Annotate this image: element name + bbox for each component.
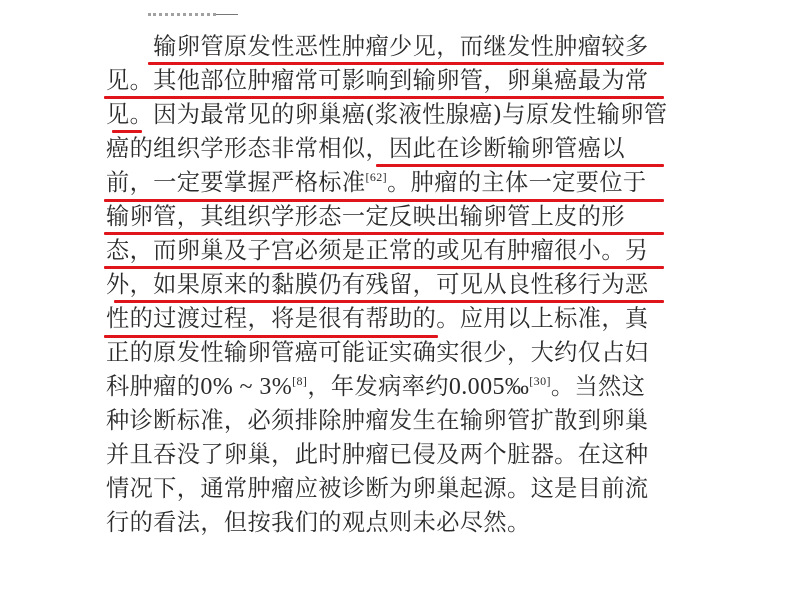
line-text: 态，而卵巢及子宫必须是正常的或见有肿瘤很小。另	[106, 237, 649, 264]
text-line-13: 并且吞没了卵巢，此时肿瘤已侵及两个脏器。在这种	[106, 438, 666, 472]
line-text-mid: ，年发病率约	[307, 373, 449, 400]
text-line-5: 前，一定要掌握严格标准[62]。肿瘤的主体一定要位于	[106, 166, 666, 200]
line-text: 前，一定要掌握严格标准[62]。肿瘤的主体一定要位于	[106, 169, 647, 196]
line-text: 科肿瘤的0% ~ 3%[8]，年发病率约0.005‰[30]。当然这	[106, 373, 645, 400]
red-underline	[148, 62, 664, 65]
line-text: 癌的组织学形态非常相似，因此在诊断输卵管癌以	[106, 135, 625, 162]
citation: [30]	[529, 374, 551, 388]
red-underline	[104, 96, 664, 99]
red-underline	[104, 335, 438, 338]
red-underline	[104, 232, 664, 235]
text-line-9: 性的过渡过程，将是很有帮助的。应用以上标准，真	[106, 302, 666, 336]
text-line-11: 科肿瘤的0% ~ 3%[8]，年发病率约0.005‰[30]。当然这	[106, 370, 666, 404]
red-underline	[104, 266, 664, 269]
line-text-post: 。当然这	[551, 373, 645, 400]
line-text: 并且吞没了卵巢，此时肿瘤已侵及两个脏器。在这种	[106, 441, 649, 468]
document-page: 输卵管原发性恶性肿瘤少见，而继发性肿瘤较多 见。其他部位肿瘤常可影响到输卵管，卵…	[106, 30, 666, 540]
text-line-1: 输卵管原发性恶性肿瘤少见，而继发性肿瘤较多	[106, 30, 666, 64]
red-underline	[112, 130, 142, 133]
text-line-2: 见。其他部位肿瘤常可影响到输卵管，卵巢癌最为常	[106, 64, 666, 98]
line-text: 性的过渡过程，将是很有帮助的。应用以上标准，真	[106, 305, 649, 332]
text-line-6: 输卵管，其组织学形态一定反映出输卵管上皮的形	[106, 200, 666, 234]
line-text: 见。因为最常见的卵巢癌(浆液性腺癌)与原发性输卵管	[106, 101, 667, 128]
text-line-8: 外，如果原来的黏膜仍有残留，可见从良性移行为恶	[106, 268, 666, 302]
text-line-7: 态，而卵巢及子宫必须是正常的或见有肿瘤很小。另	[106, 234, 666, 268]
red-underline	[114, 300, 664, 303]
header-fragment	[148, 13, 234, 17]
line-text-post: 。肿瘤的主体一定要位于	[387, 169, 646, 196]
red-underline	[104, 199, 664, 202]
text-line-10: 正的原发性输卵管癌可能证实确实很少，大约仅占妇	[106, 336, 666, 370]
text-line-15: 行的看法，但按我们的观点则未必尽然。	[106, 506, 666, 540]
red-underline	[376, 164, 664, 167]
header-dash	[216, 14, 238, 15]
text-line-3: 见。因为最常见的卵巢癌(浆液性腺癌)与原发性输卵管	[106, 98, 666, 132]
line-text: 输卵管，其组织学形态一定反映出输卵管上皮的形	[106, 203, 625, 230]
line-text: 外，如果原来的黏膜仍有残留，可见从良性移行为恶	[106, 271, 649, 298]
line-text: 种诊断标准，必须排除肿瘤发生在输卵管扩散到卵巢	[106, 407, 649, 434]
line-text: 见。其他部位肿瘤常可影响到输卵管，卵巢癌最为常	[106, 67, 649, 94]
header-dots	[148, 13, 216, 19]
line-text-pre: 前，一定要掌握严格标准	[106, 169, 365, 196]
text-line-4: 癌的组织学形态非常相似，因此在诊断输卵管癌以	[106, 132, 666, 166]
text-line-14: 情况下，通常肿瘤应被诊断为卵巢起源。这是目前流	[106, 472, 666, 506]
line-text: 正的原发性输卵管癌可能证实确实很少，大约仅占妇	[106, 339, 649, 366]
citation: [8]	[292, 374, 307, 388]
line-text: 情况下，通常肿瘤应被诊断为卵巢起源。这是目前流	[106, 475, 649, 502]
percentage-range: 0% ~ 3%	[200, 374, 292, 400]
incidence-rate: 0.005‰	[449, 374, 529, 400]
citation: [62]	[365, 170, 387, 184]
line-text: 输卵管原发性恶性肿瘤少见，而继发性肿瘤较多	[106, 33, 649, 60]
text-line-12: 种诊断标准，必须排除肿瘤发生在输卵管扩散到卵巢	[106, 404, 666, 438]
line-text: 行的看法，但按我们的观点则未必尽然。	[106, 509, 531, 536]
line-text-pre: 科肿瘤的	[106, 373, 200, 400]
